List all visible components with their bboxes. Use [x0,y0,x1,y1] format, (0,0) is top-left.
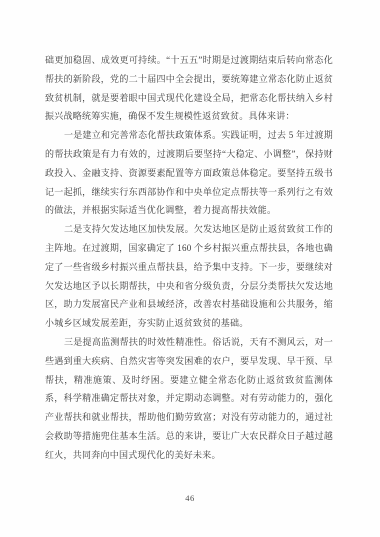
paragraph-point-two: 二是支持欠发达地区加快发展。欠发达地区是防止返贫致贫工作的主阵地。在过渡期，国家… [45,220,333,333]
body-text: 础更加稳固、成效更可持续。“十五五”时期是过渡期结束后转向常态化帮扶的新阶段，党… [45,51,333,465]
paragraph-point-three: 三是提高监测帮扶的时效性精准性。俗话说，天有不测风云，对一些遇到重大疾病、自然灾… [45,333,333,465]
paragraph-continuation: 础更加稳固、成效更可持续。“十五五”时期是过渡期结束后转向常态化帮扶的新阶段，党… [45,51,333,126]
document-page: 础更加稳固、成效更可持续。“十五五”时期是过渡期结束后转向常态化帮扶的新阶段，党… [0,0,380,537]
page-number: 46 [0,493,380,503]
paragraph-point-one: 一是建立和完善常态化帮扶政策体系。实践证明，过去 5 年过渡期的帮扶政策是有力有… [45,126,333,220]
